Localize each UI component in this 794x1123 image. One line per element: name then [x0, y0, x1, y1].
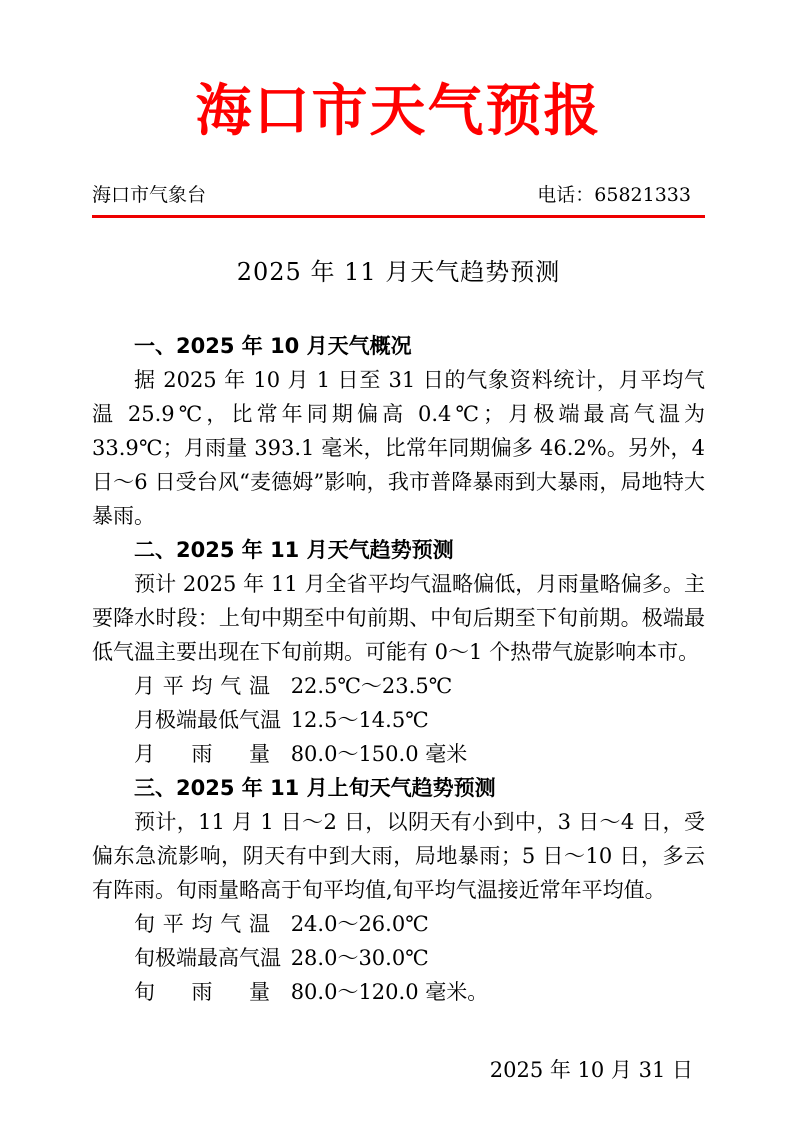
stat-row-monthly-extreme-min-temp: 月极端最低气温 12.5～14.5℃: [92, 703, 705, 737]
section-heading: 一、2025 年 10 月天气概况: [92, 329, 705, 363]
stat-value: 12.5～14.5℃: [291, 708, 429, 732]
stat-row-monthly-mean-temp: 月平均气温 22.5℃～23.5℃: [92, 669, 705, 703]
agency-name: 海口市气象台: [92, 183, 206, 208]
stat-label: 旬雨量: [134, 975, 270, 1009]
section-october-overview: 一、2025 年 10 月天气概况 据 2025 年 10 月 1 日至 31 …: [92, 329, 705, 533]
stat-row-decade-mean-temp: 旬平均气温 24.0～26.0℃: [92, 907, 705, 941]
stat-value: 22.5℃～23.5℃: [291, 674, 453, 698]
section-paragraph: 据 2025 年 10 月 1 日至 31 日的气象资料统计，月平均气温 25.…: [92, 363, 705, 533]
stat-label: 旬平均气温: [134, 907, 270, 941]
stat-row-decade-rainfall: 旬雨量 80.0～120.0 毫米。: [92, 975, 705, 1009]
section-heading: 三、2025 年 11 月上旬天气趋势预测: [92, 771, 705, 805]
banner-title: 海口市天气预报: [92, 78, 705, 145]
section-early-november-trend: 三、2025 年 11 月上旬天气趋势预测 预计，11 月 1 日～2 日，以阴…: [92, 771, 705, 1009]
document-body: 一、2025 年 10 月天气概况 据 2025 年 10 月 1 日至 31 …: [92, 329, 705, 1009]
issue-date: 2025 年 10 月 31 日: [92, 1053, 705, 1087]
stat-label: 旬极端最高气温: [134, 941, 270, 975]
section-paragraph: 预计 2025 年 11 月全省平均气温略偏低，月雨量略偏多。主要降水时段：上旬…: [92, 567, 705, 669]
stat-value: 24.0～26.0℃: [291, 912, 429, 936]
document-title: 2025 年 11 月天气趋势预测: [92, 257, 705, 287]
stat-value: 80.0～120.0 毫米。: [291, 980, 489, 1004]
stat-row-decade-extreme-max-temp: 旬极端最高气温 28.0～30.0℃: [92, 941, 705, 975]
stat-row-monthly-rainfall: 月雨量 80.0～150.0 毫米: [92, 737, 705, 771]
document-page: 海口市天气预报 海口市气象台 电话：65821333 2025 年 11 月天气…: [0, 0, 794, 1123]
stat-label: 月极端最低气温: [134, 703, 270, 737]
section-november-trend: 二、2025 年 11 月天气趋势预测 预计 2025 年 11 月全省平均气温…: [92, 533, 705, 771]
phone-number: 电话：65821333: [537, 183, 705, 208]
stat-value: 80.0～150.0 毫米: [291, 742, 468, 766]
section-heading: 二、2025 年 11 月天气趋势预测: [92, 533, 705, 567]
stat-label: 月雨量: [134, 737, 270, 771]
stat-value: 28.0～30.0℃: [291, 946, 429, 970]
masthead: 海口市气象台 电话：65821333: [92, 183, 705, 218]
stat-label: 月平均气温: [134, 669, 270, 703]
section-paragraph: 预计，11 月 1 日～2 日，以阴天有小到中，3 日～4 日，受偏东急流影响，…: [92, 805, 705, 907]
